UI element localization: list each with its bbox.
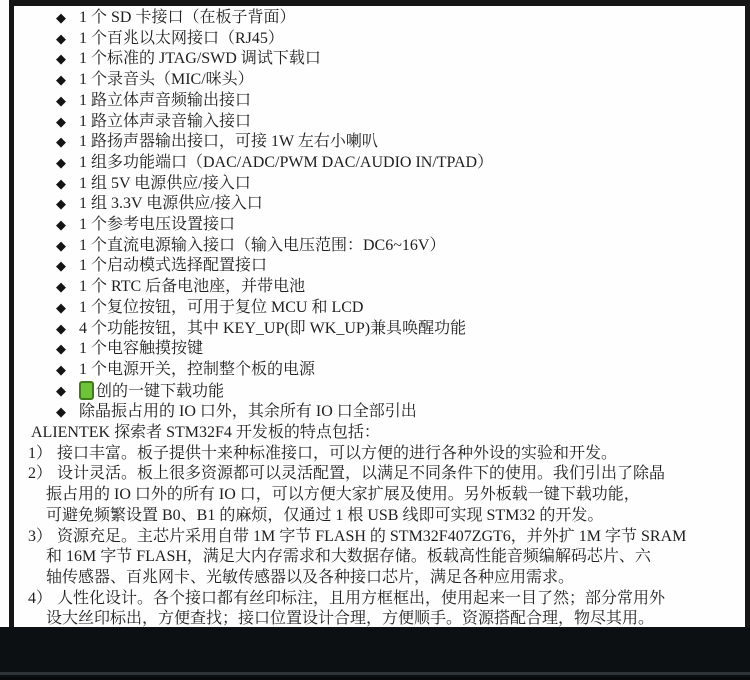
feature-bullet-item: ◆1 个 RTC 后备电池座，并带电池 [14,277,745,298]
feature-bullet-item: ◆1 个 SD 卡接口（在板子背面） [14,8,745,29]
item-text-line: 资源充足。主芯片采用自带 1M 字节 FLASH 的 STM32F407ZGT6… [57,527,686,548]
diamond-bullet-icon: ◆ [56,8,79,29]
diamond-bullet-icon: ◆ [56,256,79,277]
bullet-text-after-highlight: 创的一键下载功能 [96,383,224,400]
feature-bullet-item: ◆1 组 3.3V 电源供应/接入口 [14,194,745,215]
bullet-text: 1 组 5V 电源供应/接入口 [79,174,251,195]
item-number: 3） [28,527,57,548]
bullet-text: 1 个标准的 JTAG/SWD 调试下载口 [79,49,321,70]
bullet-text: 1 个录音头（MIC/咪头） [79,70,254,91]
feature-bullet-item: ◆1 个复位按钮，可用于复位 MCU 和 LCD [14,298,745,319]
diamond-bullet-icon: ◆ [56,215,79,236]
bullet-text: 1 个启动模式选择配置接口 [79,256,267,277]
bullet-text: 1 路立体声音频输出接口 [79,91,251,112]
diamond-bullet-icon: ◆ [56,29,79,50]
diamond-bullet-icon: ◆ [56,360,79,381]
numbered-item: 3）资源充足。主芯片采用自带 1M 字节 FLASH 的 STM32F407ZG… [14,527,745,548]
bullet-text: 1 个复位按钮，可用于复位 MCU 和 LCD [79,298,363,319]
diamond-bullet-icon: ◆ [56,49,79,70]
bullet-text: 1 个百兆以太网接口（RJ45） [79,29,284,50]
bullet-text: 1 个 SD 卡接口（在板子背面） [79,8,295,29]
diamond-bullet-icon: ◆ [56,153,79,174]
feature-bullet-item: ◆1 个直流电源输入接口（输入电压范围：DC6~16V） [14,236,745,257]
diamond-bullet-icon: ◆ [56,319,79,340]
feature-bullet-item: ◆1 路立体声音频输出接口 [14,91,745,112]
bullet-text: 4 个功能按钮，其中 KEY_UP(即 WK_UP)兼具唤醒功能 [79,319,466,340]
feature-bullet-item: ◆1 个电源开关，控制整个板的电源 [14,360,745,381]
item-text-line: 振占用的 IO 口外的所有 IO 口，可以方便大家扩展及使用。另外板载一键下载功… [14,485,745,506]
diamond-bullet-icon: ◆ [56,194,79,215]
bullet-text: 1 组 3.3V 电源供应/接入口 [79,194,263,215]
item-text-line: 设计灵活。板上很多资源都可以灵活配置，以满足不同条件下的使用。我们引出了除晶 [57,464,665,485]
bullet-text: 创的一键下载功能 [79,381,224,403]
bullet-text: 1 路扬声器输出接口，可接 1W 左右小喇叭 [79,132,378,153]
item-number: 2） [28,464,57,485]
document-content: ◆1 个 SD 卡接口（在板子背面） ◆1 个百兆以太网接口（RJ45） ◆1 … [14,6,745,630]
diamond-bullet-icon: ◆ [56,91,79,112]
diamond-bullet-icon: ◆ [56,277,79,298]
item-text-line: 人性化设计。各个接口都有丝印标注，且用方框框出，使用起来一目了然；部分常用外 [57,589,665,610]
bullet-text: 除晶振占用的 IO 口外，其余所有 IO 口全部引出 [79,402,417,423]
item-text-line: 轴传感器、百兆网卡、光敏传感器以及各种接口芯片，满足各种应用需求。 [14,568,745,589]
feature-bullet-item: ◆除晶振占用的 IO 口外，其余所有 IO 口全部引出 [14,402,745,423]
bullet-text: 1 个电容触摸按键 [79,339,203,360]
document-page: ◆1 个 SD 卡接口（在板子背面） ◆1 个百兆以太网接口（RJ45） ◆1 … [9,0,750,627]
feature-bullet-item-highlighted: ◆ 创的一键下载功能 [14,381,745,403]
bullet-text: 1 个参考电压设置接口 [79,215,235,236]
numbered-item: 1）接口丰富。板子提供十来种标准接口，可以方便的进行各种外设的实验和开发。 [14,444,745,465]
diamond-bullet-icon: ◆ [56,236,79,257]
feature-bullet-item: ◆1 个启动模式选择配置接口 [14,256,745,277]
diamond-bullet-icon: ◆ [56,339,79,360]
feature-bullet-item: ◆1 个参考电压设置接口 [14,215,745,236]
bullet-text: 1 个电源开关，控制整个板的电源 [79,360,315,381]
features-intro-line: ALIENTEK 探索者 STM32F4 开发板的特点包括： [14,423,745,444]
diamond-bullet-icon: ◆ [56,298,79,319]
green-highlight-box [79,381,94,400]
diamond-bullet-icon: ◆ [56,112,79,133]
item-text-line: 可避免频繁设置 B0、B1 的麻烦，仅通过 1 根 USB 线即可实现 STM3… [14,506,745,527]
page-left-margin [0,0,9,627]
feature-bullet-item: ◆4 个功能按钮，其中 KEY_UP(即 WK_UP)兼具唤醒功能 [14,319,745,340]
bullet-text: 1 个直流电源输入接口（输入电压范围：DC6~16V） [79,236,445,257]
feature-bullet-item: ◆1 个标准的 JTAG/SWD 调试下载口 [14,49,745,70]
numbered-item: 2）设计灵活。板上很多资源都可以灵活配置，以满足不同条件下的使用。我们引出了除晶 [14,464,745,485]
feature-bullet-item: ◆1 个百兆以太网接口（RJ45） [14,29,745,50]
item-text-line: 接口丰富。板子提供十来种标准接口，可以方便的进行各种外设的实验和开发。 [57,444,617,465]
scanned-document-screenshot: ◆1 个 SD 卡接口（在板子背面） ◆1 个百兆以太网接口（RJ45） ◆1 … [0,0,750,680]
feature-bullet-item: ◆1 组多功能端口（DAC/ADC/PWM DAC/AUDIO IN/TPAD） [14,153,745,174]
item-number: 4） [28,589,57,610]
diamond-bullet-icon: ◆ [56,70,79,91]
scan-bottom-black-band [0,627,750,680]
item-number: 1） [28,444,57,465]
diamond-bullet-icon: ◆ [56,174,79,195]
feature-bullet-item: ◆1 路立体声录音输入接口 [14,112,745,133]
feature-bullet-item: ◆1 组 5V 电源供应/接入口 [14,174,745,195]
item-text-line: 和 16M 字节 FLASH，满足大内存需求和大数据存储。板载高性能音频编解码芯… [14,547,745,568]
feature-bullet-item: ◆1 路扬声器输出接口，可接 1W 左右小喇叭 [14,132,745,153]
numbered-item: 4）人性化设计。各个接口都有丝印标注，且用方框框出，使用起来一目了然；部分常用外 [14,589,745,610]
bullet-text: 1 组多功能端口（DAC/ADC/PWM DAC/AUDIO IN/TPAD） [79,153,493,174]
scan-bottom-gray-line [0,672,750,675]
bullet-text: 1 个 RTC 后备电池座，并带电池 [79,277,305,298]
diamond-bullet-icon: ◆ [56,381,79,403]
bullet-text: 1 路立体声录音输入接口 [79,112,251,133]
diamond-bullet-icon: ◆ [56,132,79,153]
feature-bullet-item: ◆1 个电容触摸按键 [14,339,745,360]
feature-bullet-item: ◆1 个录音头（MIC/咪头） [14,70,745,91]
diamond-bullet-icon: ◆ [56,402,79,423]
